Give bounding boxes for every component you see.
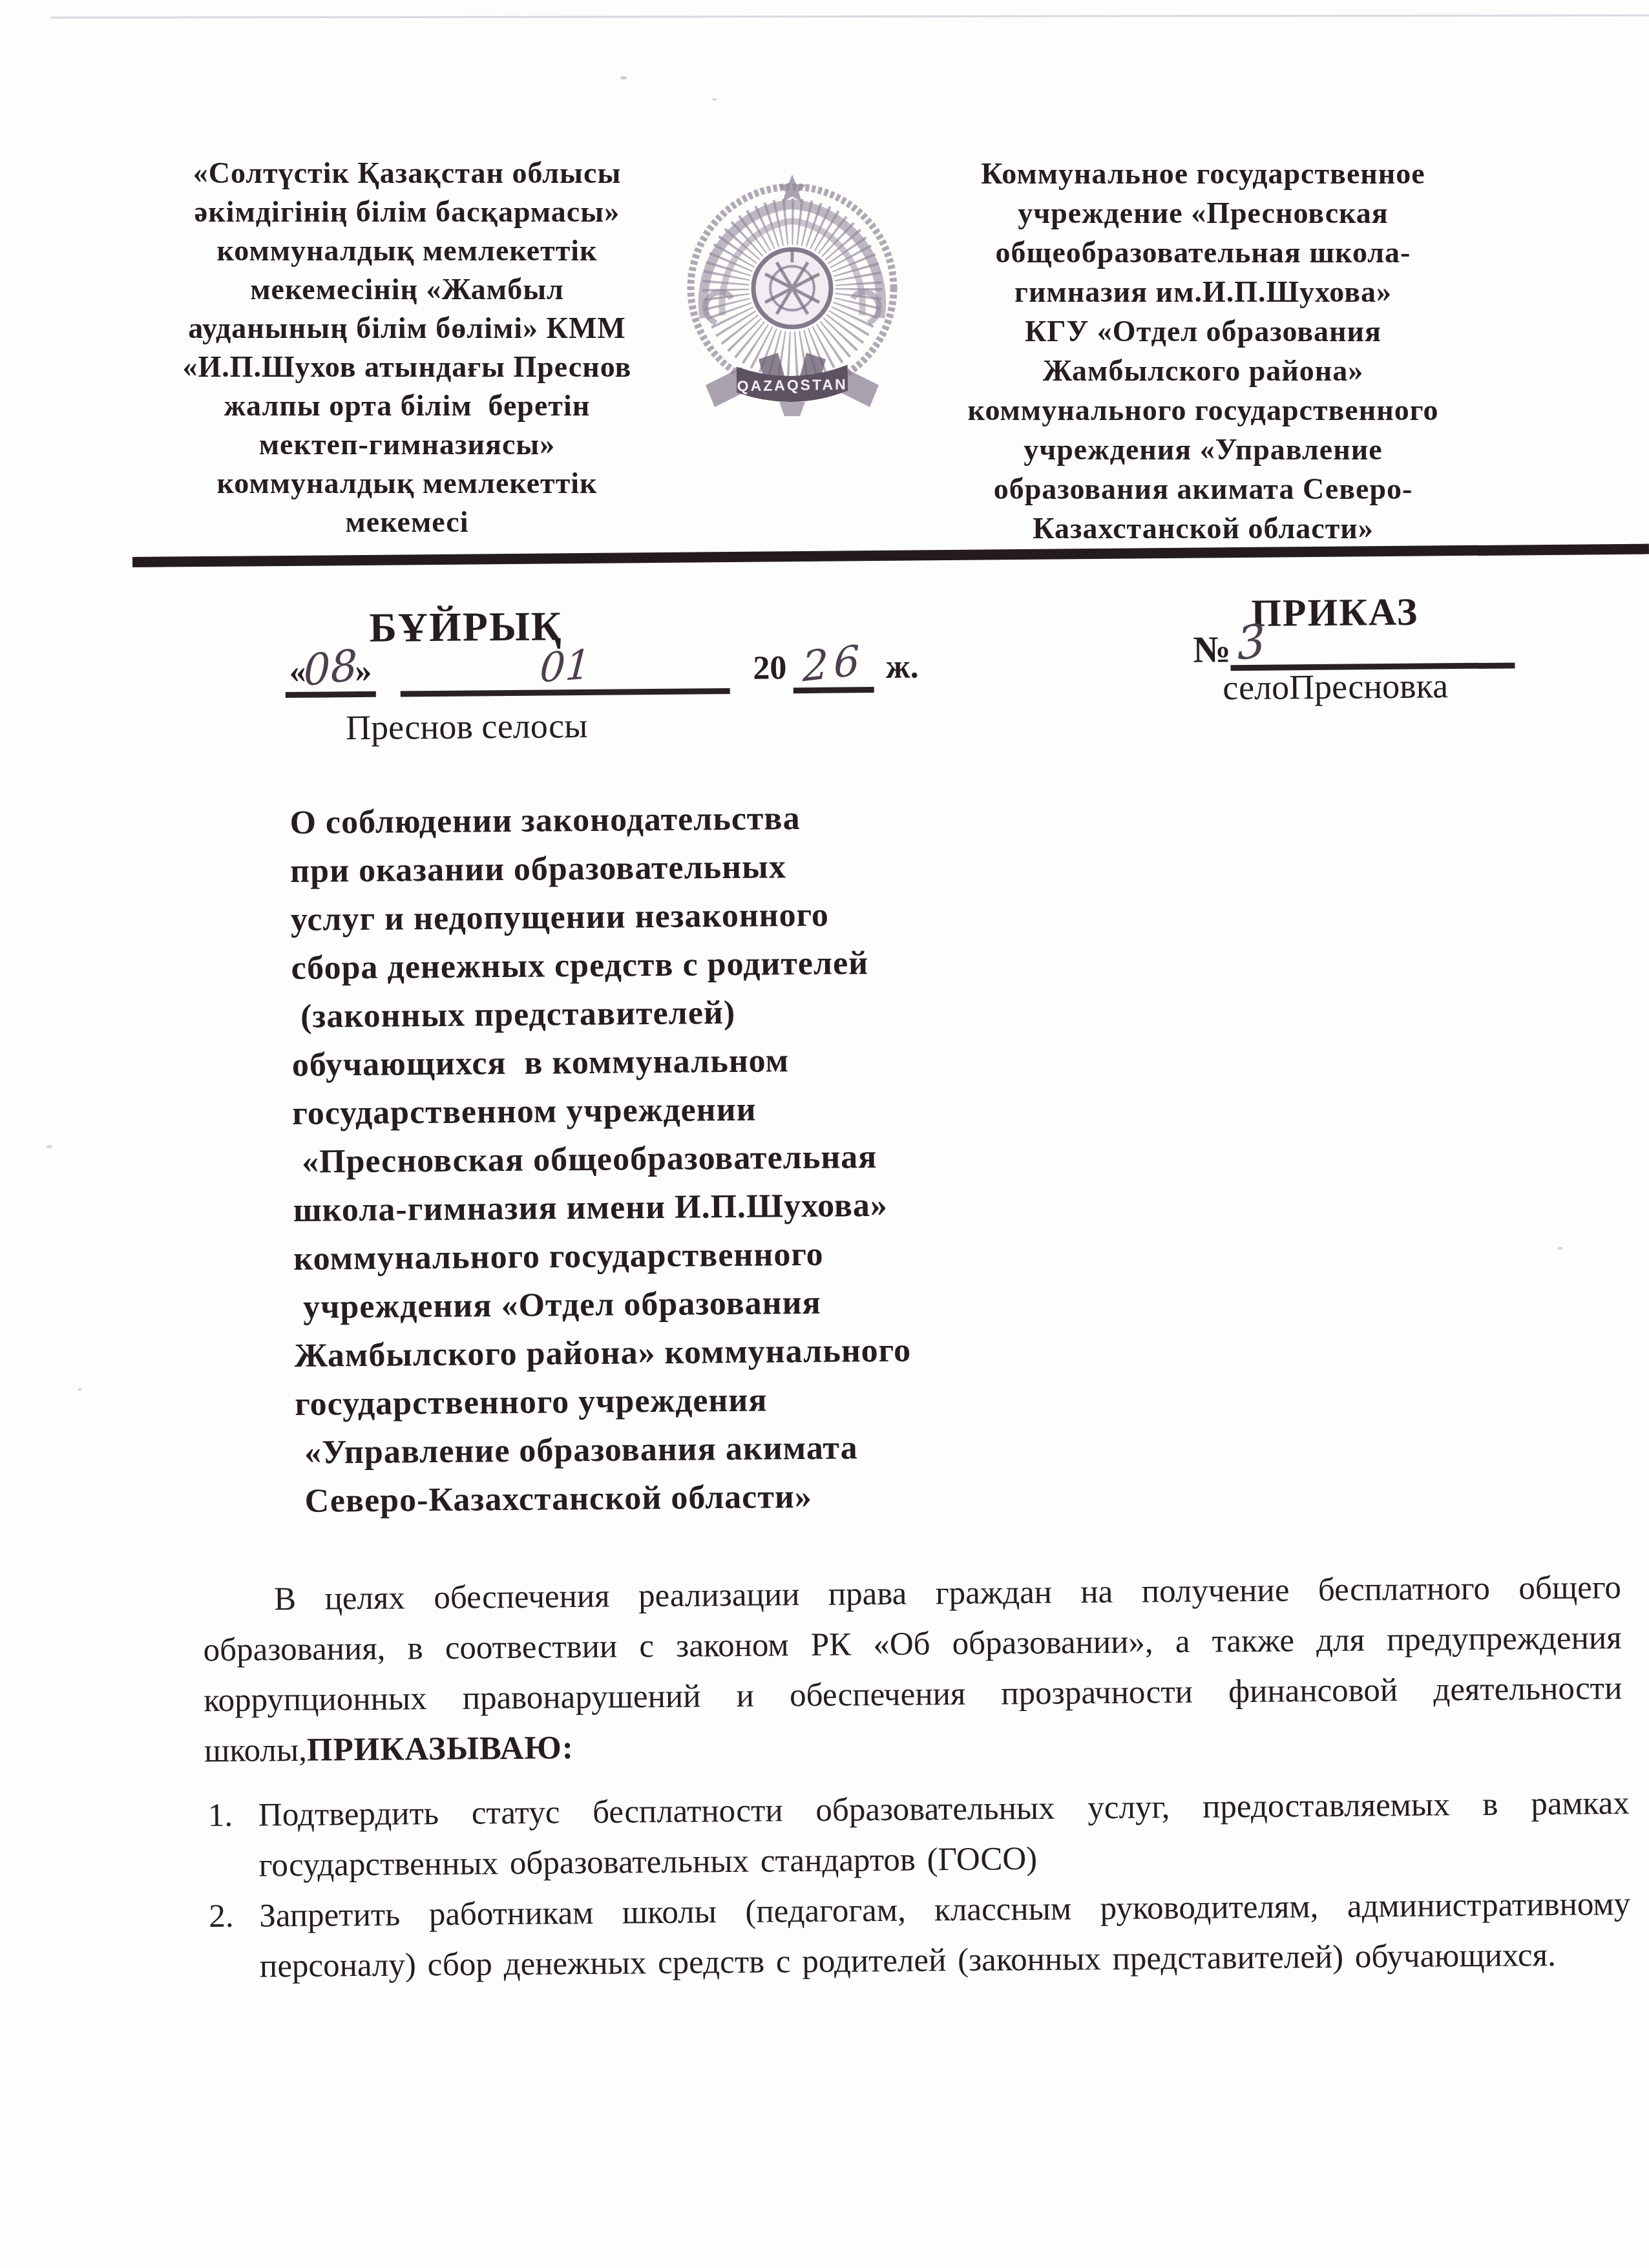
item-number: 2. bbox=[209, 1891, 260, 1942]
handwritten-day: 08 bbox=[303, 640, 357, 696]
subject-line: государственного учреждения bbox=[295, 1375, 912, 1429]
subject-line: Северо-Казахстанской области» bbox=[295, 1472, 912, 1526]
date-year-field: 26 bbox=[793, 640, 874, 693]
subject-line: «Пресновская общеобразовательная bbox=[293, 1133, 910, 1186]
order-item: 2. Запретить работникам школы (педагогам… bbox=[209, 1879, 1631, 1992]
order-number-field: 3 bbox=[1230, 613, 1515, 671]
subject-line: «Управление образования акимата bbox=[295, 1423, 912, 1477]
subject-line: коммунального государственного bbox=[293, 1230, 910, 1283]
subject-line: О соблюдении законодательства bbox=[289, 793, 907, 847]
place-russian: селоПресновка bbox=[1051, 664, 1620, 709]
prikazyvayu-emphasis: ПРИКАЗЫВАЮ: bbox=[307, 1730, 574, 1769]
handwritten-month: 01 bbox=[538, 640, 592, 692]
subject-line: сбора денежных средств с родителей bbox=[291, 939, 908, 992]
order-date-row: « 08 » 01 20 26 ж. bbox=[285, 638, 919, 698]
date-day-field: « 08 » bbox=[285, 643, 376, 698]
subject-line: обучающихся в коммунальном bbox=[291, 1036, 909, 1089]
place-kazakh: Преснов селосы bbox=[218, 704, 716, 749]
order-subject: О соблюдении законодательства при оказан… bbox=[289, 793, 912, 1526]
subject-line: Жамбылского района» коммунального bbox=[294, 1327, 911, 1380]
item-text: Подтвердить статус бесплатности образова… bbox=[258, 1778, 1630, 1891]
subject-line: услуг и недопущении незаконного bbox=[291, 890, 908, 944]
number-sign: № bbox=[1193, 627, 1231, 671]
subject-line: (законных представителей) bbox=[291, 987, 909, 1041]
year-suffix: ж. bbox=[886, 647, 919, 692]
subject-line: при оказании образовательных bbox=[290, 842, 907, 896]
handwritten-year: 26 bbox=[802, 636, 865, 691]
subject-line: государственном учреждении bbox=[292, 1084, 909, 1138]
item-number: 1. bbox=[208, 1790, 259, 1841]
header-divider-rule bbox=[132, 544, 1649, 567]
document-body-area: БҰЙРЫҚ ПРИКАЗ « 08 » 01 20 26 ж. № 3 bbox=[0, 0, 1649, 2268]
subject-line: школа-гимназия имени И.П.Шухова» bbox=[293, 1181, 910, 1235]
scanned-order-document: «Солтүстік Қазақстан облысы әкімдігінің … bbox=[0, 0, 1649, 2268]
order-number-row: № 3 bbox=[1193, 613, 1515, 671]
order-preamble: В целях обеспечения реализации права гра… bbox=[203, 1562, 1623, 1776]
date-month-field: 01 bbox=[400, 641, 730, 697]
handwritten-order-number: 3 bbox=[1236, 613, 1267, 671]
order-item: 1. Подтвердить статус бесплатности образ… bbox=[208, 1778, 1630, 1891]
item-text: Запретить работникам школы (педагогам, к… bbox=[259, 1879, 1631, 1992]
year-prefix: 20 bbox=[753, 649, 787, 693]
order-items: 1. Подтвердить статус бесплатности образ… bbox=[208, 1778, 1632, 1992]
subject-line: учреждения «Отдел образования bbox=[294, 1278, 911, 1332]
